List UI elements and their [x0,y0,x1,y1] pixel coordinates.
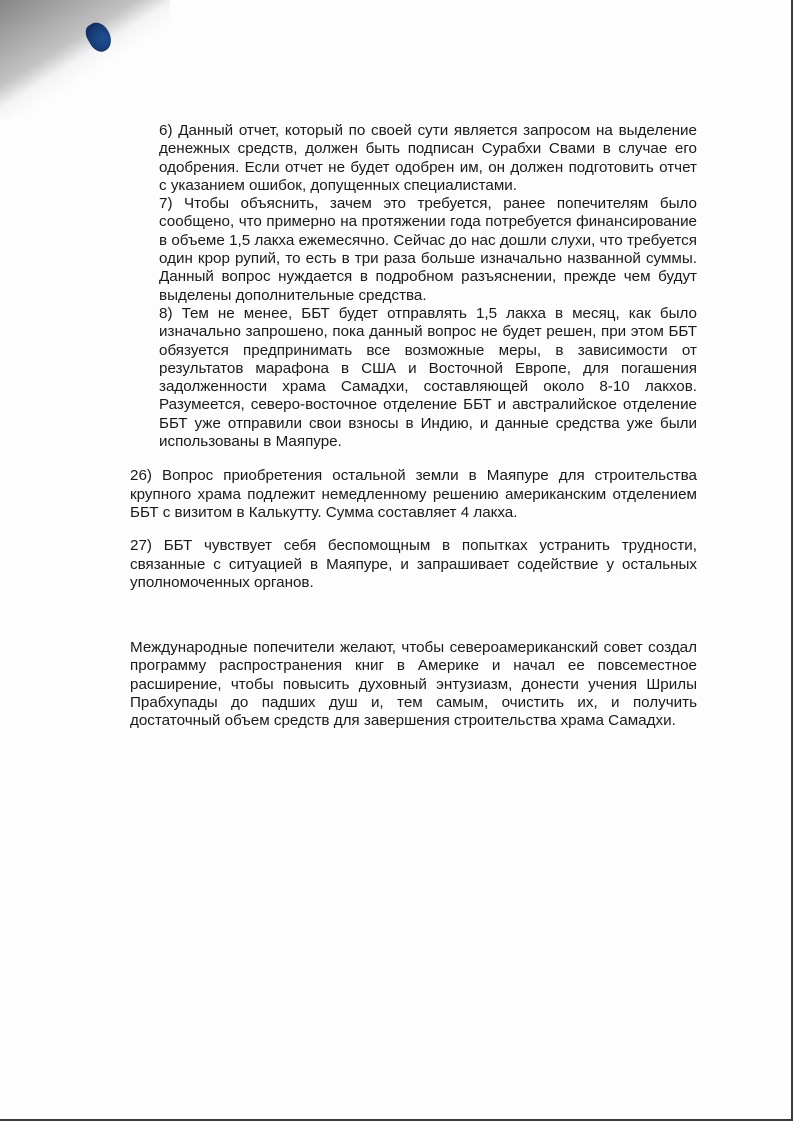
item-number: 26) [130,467,152,484]
spacer [130,451,697,467]
scanned-page: 6) Данный отчет, который по своей сути я… [0,0,793,1121]
spacer [130,522,697,537]
item-text: Чтобы объяснить, зачем это требуется, ра… [159,195,697,303]
item-number: 6) [159,122,173,139]
item-number: 8) [159,305,173,322]
item-26: 26) Вопрос приобретения остальной земли … [130,467,697,522]
item-text: Вопрос приобретения остальной земли в Ма… [130,467,697,521]
folded-corner-shadow [0,0,170,120]
item-text: Данный отчет, который по своей сути явля… [159,122,697,194]
item-27: 27) ББТ чувствует себя беспомощным в поп… [130,537,697,592]
spacer [130,592,697,639]
sub-item-7: 7) Чтобы объяснить, зачем это требуется,… [159,195,697,305]
closing-paragraph: Международные попечители желают, чтобы с… [130,639,697,730]
document-body: 6) Данный отчет, который по своей сути я… [130,122,697,731]
item-text: Тем не менее, ББТ будет отправлять 1,5 л… [159,305,697,450]
sub-item-8: 8) Тем не менее, ББТ будет отправлять 1,… [159,305,697,451]
item-number: 27) [130,537,152,554]
item-text: ББТ чувствует себя беспомощным в попытка… [130,537,697,591]
item-number: 7) [159,195,173,212]
sub-item-6: 6) Данный отчет, который по своей сути я… [159,122,697,195]
